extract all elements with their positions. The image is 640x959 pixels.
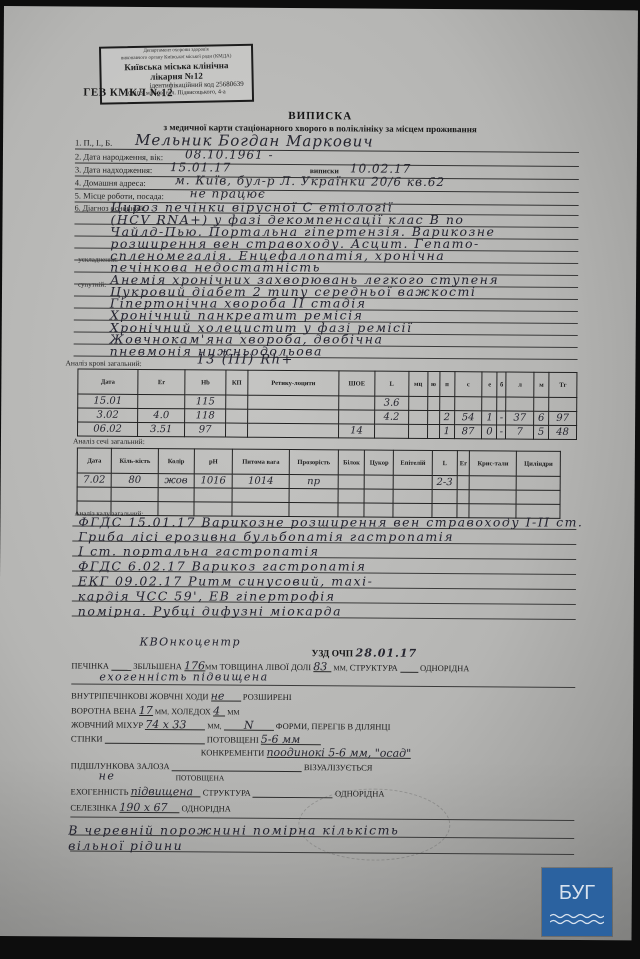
table-cell	[111, 487, 158, 501]
urine-test-header: Питома вага	[233, 449, 289, 474]
blood-test-header: ШОЕ	[339, 371, 375, 396]
table-cell: -	[497, 411, 506, 425]
table-cell: 2-3	[432, 476, 457, 490]
table-cell: 3.51	[138, 422, 185, 436]
table-cell	[194, 488, 233, 502]
table-cell: 1	[439, 425, 454, 439]
table-cell	[338, 475, 364, 489]
table-cell	[393, 489, 432, 503]
other_lines-line: Гриба лісі ерозивна бульбопатія гастропа…	[78, 529, 454, 544]
table-cell: 4.2	[374, 410, 408, 424]
table-cell	[409, 396, 428, 410]
urine-test-header: Колір	[158, 449, 194, 474]
urine-test-header: Цукор	[365, 450, 394, 475]
urine-test-header: Епітелій	[394, 450, 433, 475]
table-cell: 54	[454, 411, 482, 425]
table-cell: жов	[158, 474, 194, 488]
usg-liver-note: ехогенність підвищена	[99, 670, 268, 683]
usg-gallbladder: ЖОВЧНИЙ МІХУР 74 х 33 мм, N ФОРМИ, ПЕРЕГ…	[71, 717, 575, 733]
urine-test-header: Білок	[338, 450, 364, 475]
other_lines-line: ЕКГ 09.02.17 Ритм синусовий, тахі-	[78, 574, 373, 589]
blood-test-header: мц	[409, 371, 428, 396]
urine-test-header: Циліндри	[517, 451, 561, 476]
blood-test-header: м	[534, 372, 549, 397]
blood-test-header: КП	[226, 370, 248, 395]
field-dob-value: 08.10.1961 -	[185, 148, 274, 161]
urine-test-label: Аналіз сечі загальний:	[73, 436, 145, 446]
table-cell	[534, 397, 549, 411]
table-cell	[457, 476, 469, 490]
table-cell	[427, 410, 439, 424]
blood-test-header: е	[482, 372, 497, 397]
urine-test-header: pH	[194, 449, 233, 474]
table-cell: 97	[549, 411, 577, 425]
table-cell	[226, 395, 248, 409]
blood-test-header: с	[454, 372, 482, 397]
blood-test-header: Ретику-лоцити	[248, 370, 340, 396]
urine-test-header: L	[432, 451, 457, 476]
table-cell: 15.01	[78, 394, 138, 408]
waves-icon	[550, 912, 604, 926]
ultrasound-title: УЗД ОЧП 28.01.17	[311, 646, 417, 660]
usg-portal-vein: ВОРОТНА ВЕНА 17 мм, ХОЛЕДОХ 4 мм	[71, 703, 575, 719]
table-cell	[339, 396, 375, 410]
table-cell: 7.02	[77, 473, 111, 487]
table-cell: 3.6	[374, 396, 408, 410]
bug-watermark-logo: БУГ	[542, 868, 612, 936]
table-cell	[226, 409, 248, 423]
table-cell	[469, 490, 516, 504]
table-cell	[469, 476, 516, 490]
blood-group-note: 13 (III) Rh+	[197, 353, 294, 368]
table-cell: пр	[289, 475, 339, 489]
field-work-value: не працює	[190, 187, 266, 200]
blood-test-header: Дата	[78, 369, 138, 394]
diagnosis-text: Цироз печінки вірусної С етіології(HCV R…	[4, 6, 638, 10]
table-cell: 48	[549, 425, 577, 439]
table-cell	[408, 424, 427, 438]
table-cell: 97	[185, 423, 226, 437]
table-cell	[77, 487, 111, 501]
other_lines-line: ФГДС 6.02.17 Варикоз гастропатія	[78, 559, 366, 574]
table-cell	[427, 396, 439, 410]
table-cell	[482, 397, 497, 411]
table-cell: -	[497, 425, 506, 439]
blood-test-header: Hb	[185, 370, 226, 395]
table-cell	[454, 397, 482, 411]
final_note-line: В черевній порожнині помірна кількість	[68, 823, 399, 838]
ultrasound-date: 28.01.17	[356, 646, 418, 659]
table-cell	[439, 397, 454, 411]
table-cell: 06.02	[77, 422, 137, 436]
table-cell	[516, 490, 560, 504]
other_lines-line: I ст. портальна гастропатія	[78, 543, 319, 558]
table-cell	[247, 409, 339, 424]
table-cell	[338, 489, 364, 503]
table-cell: 115	[185, 395, 226, 409]
table-row: 06.023.5197141870-7548	[77, 422, 576, 439]
table-cell	[289, 489, 339, 503]
table-cell: 1	[482, 411, 497, 425]
table-cell	[516, 476, 560, 490]
table-cell: 14	[339, 424, 375, 438]
table-cell: 37	[506, 411, 534, 425]
blood-test-header: л	[506, 372, 534, 397]
urine-test-header: Прозорість	[289, 450, 339, 475]
table-cell	[394, 475, 433, 489]
table-cell: 118	[185, 409, 226, 423]
table-cell: 3.02	[78, 408, 138, 422]
table-cell	[549, 397, 577, 411]
ultrasound-handwritten-header: КВОнкоцентр	[140, 635, 241, 648]
table-cell	[427, 424, 439, 438]
other_lines-line: кардія ЧСС 59', ЕВ гіпертрофія	[78, 588, 336, 603]
blood-test-header: Er	[138, 369, 185, 394]
table-cell	[339, 410, 375, 424]
table-cell: 5	[534, 425, 549, 439]
table-cell	[506, 397, 534, 411]
table-cell: 6	[534, 411, 549, 425]
table-cell	[247, 423, 339, 438]
table-cell: 2	[439, 411, 454, 425]
header-code: ГЕВ КМКЛ №12	[83, 87, 173, 100]
table-cell: 80	[111, 473, 158, 487]
table-cell: 87	[454, 425, 482, 439]
table-cell: 4.0	[138, 408, 185, 422]
blood-test-header: п	[439, 372, 454, 397]
blood-test-table: ДатаErHbКПРетику-лоцитиШОЕLмцюпсеблмТг15…	[77, 369, 577, 440]
blood-test-header: Тг	[549, 372, 577, 397]
table-cell	[158, 488, 194, 502]
final-note: В черевній порожнині помірна кількістьві…	[4, 6, 638, 10]
table-cell	[138, 394, 185, 408]
table-cell	[364, 475, 393, 489]
blood-test-header: L	[375, 371, 409, 396]
examination-notes: ФГДС 15.01.17 Варикозне розширення вен с…	[4, 6, 638, 10]
table-cell	[232, 488, 288, 502]
table-cell	[409, 410, 428, 424]
other_lines-line: помірна. Рубці дифузні міокарда	[78, 603, 342, 618]
discharge-document: Департамент охорони здоров'я виконавчого…	[0, 6, 638, 940]
final_note-line: вільної рідини	[68, 838, 183, 853]
blood-test-label: Аналіз крові загальний:	[65, 358, 141, 368]
blood-test-header: ю	[427, 371, 439, 396]
urine-test-header: Кіль-кість	[111, 448, 158, 473]
table-cell	[497, 397, 506, 411]
urine-test-header: Er	[457, 451, 469, 476]
other_lines-line: ФГДС 15.01.17 Варикозне розширення вен с…	[78, 514, 583, 529]
field-discharge-value: 10.02.17	[350, 162, 412, 174]
table-cell: 1014	[233, 474, 289, 488]
field-name-value: Мельник Богдан Маркович	[135, 134, 374, 148]
table-cell: 1016	[194, 474, 233, 488]
table-cell	[374, 424, 408, 438]
table-cell	[364, 489, 393, 503]
table-cell: 0	[482, 425, 497, 439]
table-cell	[225, 423, 247, 437]
usg-bile-ducts: ВНУТРІПЕЧІНКОВІ ЖОВЧНІ ХОДИ не РОЗШИРЕНІ	[71, 688, 575, 704]
urine-test-header: Крис-тали	[469, 451, 516, 476]
table-cell	[247, 395, 339, 410]
field-admission-value: 15.01.17	[170, 161, 232, 173]
blood-test-header: б	[497, 372, 506, 397]
table-cell	[457, 490, 469, 504]
urine-test-table: ДатаКіль-кістьКолірpHПитома вагаПрозоріс…	[76, 448, 560, 519]
urine-test-header: Дата	[77, 448, 111, 473]
table-cell	[432, 489, 457, 503]
table-cell: 7	[506, 425, 534, 439]
